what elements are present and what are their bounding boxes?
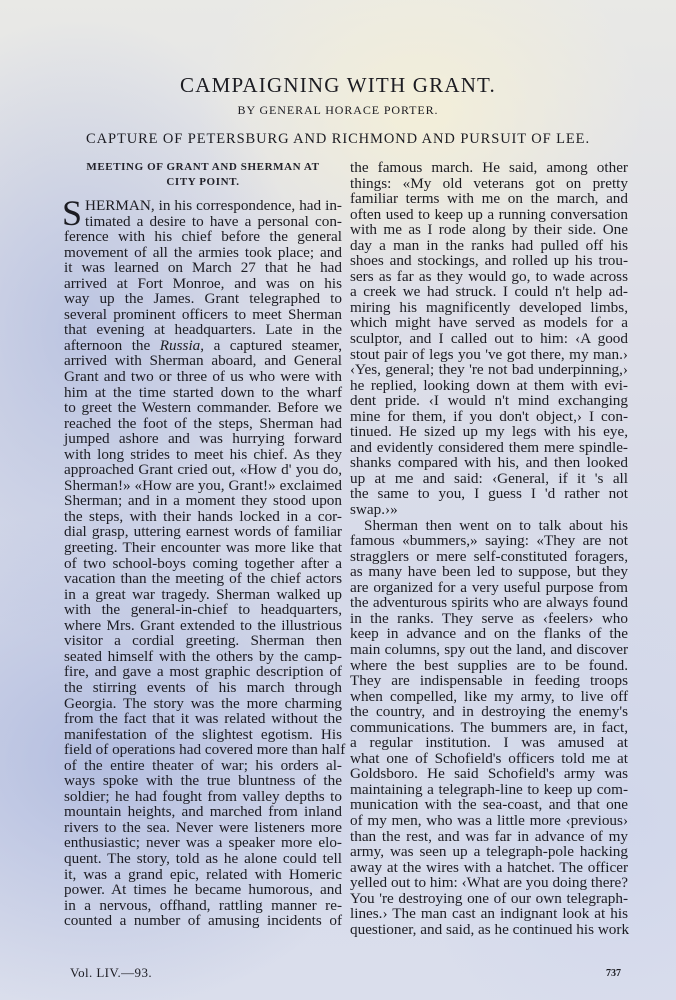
text-line: movement of all the armies took place; a… [64,245,342,261]
text-line: arrived with Sherman aboard, and General [64,353,342,369]
text-line: what one of Schofield's officers told me… [350,751,628,767]
text-line: shanks compared with his, and then looke… [350,455,628,471]
text-line: way up the James. Grant telegraphed to [64,291,342,307]
text-line: and evidently considered them mere spind… [350,440,628,456]
text-line: several prominent officers to meet Sherm… [64,307,342,323]
text-line: ference with his chief before the genera… [64,229,342,245]
left-column: MEETING OF GRANT AND SHERMAN AT CITY POI… [64,160,342,929]
volume-footer: Vol. LIV.—93. [70,965,152,981]
text-line: main columns, spy out the land, and disc… [350,642,628,658]
text-line: with the general-in-chief to headquarter… [64,602,342,618]
text-line: to greet the Western commander. Before w… [64,400,342,416]
text-line: power. At times he became humorous, and [64,882,342,898]
text-line: ways spoke with the true bluntness of th… [64,773,342,789]
text-line: reached the foot of the steps, Sherman h… [64,416,342,432]
text-line: familiar terms with me on the march, and [350,191,628,207]
text-line: field of operations had covered more tha… [64,742,342,758]
text-line: where Mrs. Grant extended to the illustr… [64,618,342,634]
drop-cap: S [62,199,82,228]
text-line: of two school-boys coming together after… [64,556,342,572]
text-line: lines.› The man cast an indignant look a… [350,906,628,922]
text-line: enthusiastic; never was a speaker more e… [64,835,342,851]
text-line: sers as far as they would go, to wade ac… [350,269,628,285]
text-line: manifestation of the slightest egotism. … [64,727,342,743]
text-line: shoes and stockings, and rolled up his t… [350,253,628,269]
text-line: Sherman then went on to talk about his [350,518,628,534]
text-line: famous «bummers,» saying: «They are not [350,533,628,549]
text-line: in the ranks. They serve as ‹feelers› wh… [350,611,628,627]
text-line: fire, and gave a most graphic descriptio… [64,664,342,680]
text-line: munication with the sea-coast, and that … [350,797,628,813]
text-line: he replied, looking down at them with ev… [350,378,628,394]
text-line: quent. The story, told as he alone could… [64,851,342,867]
text-line: tinued. He sized up my legs with his eye… [350,424,628,440]
text-line: dent pride. ‹I would n't mind exchanging [350,393,628,409]
text-line: the steps, with their hands locked in a … [64,509,342,525]
text-line: the adventurous spirits who are always f… [350,595,628,611]
italic-text: Russia [160,337,201,354]
text-line: sculptor, and I called out to him: ‹A go… [350,331,628,347]
text-line: the country, and in destroying the enemy… [350,704,628,720]
text-line: communications. The bummers are, in fact… [350,720,628,736]
text-line: are organized for a very useful purpose … [350,580,628,596]
text-line: keep in advance and on the flanks of the [350,626,628,642]
text-line: seated himself with the others by the ca… [64,649,342,665]
text-line: approached Grant cried out, «How d' you … [64,462,342,478]
text-line: soldier; he had fought from valley depth… [64,789,342,805]
text-line: Sherman!» «How are you, Grant!» exclaime… [64,478,342,494]
text-line: Georgia. The story was the more charming [64,696,342,712]
text-line: Sherman; and in a moment they stood upon [64,493,342,509]
text-line: him at the time started down to the whar… [64,385,342,401]
text-line: from the fact that it was related withou… [64,711,342,727]
text-line: the stirring events of his march through [64,680,342,696]
magazine-page: CAMPAIGNING WITH GRANT. BY GENERAL HORAC… [0,0,676,1000]
text-line: jumped ashore and was hurrying forward [64,431,342,447]
text-line: visitor a cordial greeting. Sherman then [64,633,342,649]
text-line: which might have served as models for a [350,315,628,331]
text-line: the famous march. He said, among other [350,160,628,176]
text-line: it, was a grand epic, related with Homer… [64,867,342,883]
article-title: CAMPAIGNING WITH GRANT. [0,73,676,97]
text-line: that evening at headquarters. Late in th… [64,322,342,338]
article-byline: BY GENERAL HORACE PORTER. [0,103,676,118]
section-heading-line-1: MEETING OF GRANT AND SHERMAN AT [64,160,342,175]
text-line: where the best supplies are to be found. [350,658,628,674]
text-line: Grant and two or three of us who were wi… [64,369,342,385]
text-line: a regular institution. I was amused at [350,735,628,751]
text-line: afternoon the Russia, a captured steamer… [64,338,342,354]
text-line: Goldsboro. He said Schofield's army was [350,766,628,782]
text-line: ‹Yes, general; they 're not bad underpin… [350,362,628,378]
right-column-text: the famous march. He said, among otherth… [350,160,628,937]
section-heading-line-2: CITY POINT. [64,175,342,190]
text-line: mine for them, if you don't object,› I c… [350,409,628,425]
text-line: mountain heights, and marched from inlan… [64,804,342,820]
text-line: day a man in the ranks had pulled off hi… [350,238,628,254]
text-line: stragglers or mere self-constituted fora… [350,549,628,565]
text-line: away at the wires with a hatchet. The of… [350,860,628,876]
text-line: miring his magnificently developed limbs… [350,300,628,316]
text-line: in a great war tragedy. Sherman walked u… [64,587,342,603]
text-line: counted a number of amusing incidents of [64,913,342,929]
text-line: stout pair of legs you 've got there, my… [350,347,628,363]
text-line: dial grasp, uttering earnest words of fa… [64,524,342,540]
text-line: up at me and said: ‹General, if it 's al… [350,471,628,487]
text-line: They are indispensable in feeding troops [350,673,628,689]
text-line: rivers to the sea. Never were listeners … [64,820,342,836]
text-line: vacation than the meeting of the chief a… [64,571,342,587]
text-line: a creek we had struck. I could n't help … [350,284,628,300]
section-heading: MEETING OF GRANT AND SHERMAN AT CITY POI… [64,160,342,190]
text-line: of the entire theater of war; his orders… [64,758,342,774]
article-subtitle: CAPTURE OF PETERSBURG AND RICHMOND AND P… [0,130,676,148]
text-line: things: «My old veterans got on pretty [350,176,628,192]
text-line: as many have been led to suppose, but th… [350,564,628,580]
right-column: the famous march. He said, among otherth… [350,160,628,937]
text-line: maintaining a telegraph-line to keep up … [350,782,628,798]
text-line: in a nervous, offhand, rattling manner r… [64,898,342,914]
text-line: questioner, and said, as he continued hi… [350,922,628,938]
text-line: You 're destroying one of our own telegr… [350,891,628,907]
text-line: than the rest, and was far in advance of… [350,829,628,845]
text-line: army, was seen up a telegraph-pole hacki… [350,844,628,860]
text-line: with long strides to meet his chief. As … [64,447,342,463]
text-line: greeting. Their encounter was more like … [64,540,342,556]
text-line: HERMAN, in his correspondence, had in- [64,198,342,214]
text-line: with me as I rode along by their side. O… [350,222,628,238]
text-line: when compelled, like my army, to live of… [350,689,628,705]
text-line: it was learned on March 27 that he had [64,260,342,276]
left-column-text: SHERMAN, in his correspondence, had in-t… [64,198,342,929]
text-line: the same to you, I guess I 'd rather not [350,486,628,502]
text-line: of my men, who was a little more ‹previo… [350,813,628,829]
text-line: often used to keep up a running conversa… [350,207,628,223]
text-line: yelled out to him: ‹What are you doing t… [350,875,628,891]
page-number: 737 [606,968,621,979]
text-line: swap.›» [350,502,628,518]
text-line: arrived at Fort Monroe, and was on his [64,276,342,292]
text-line: timated a desire to have a personal con- [64,214,342,230]
